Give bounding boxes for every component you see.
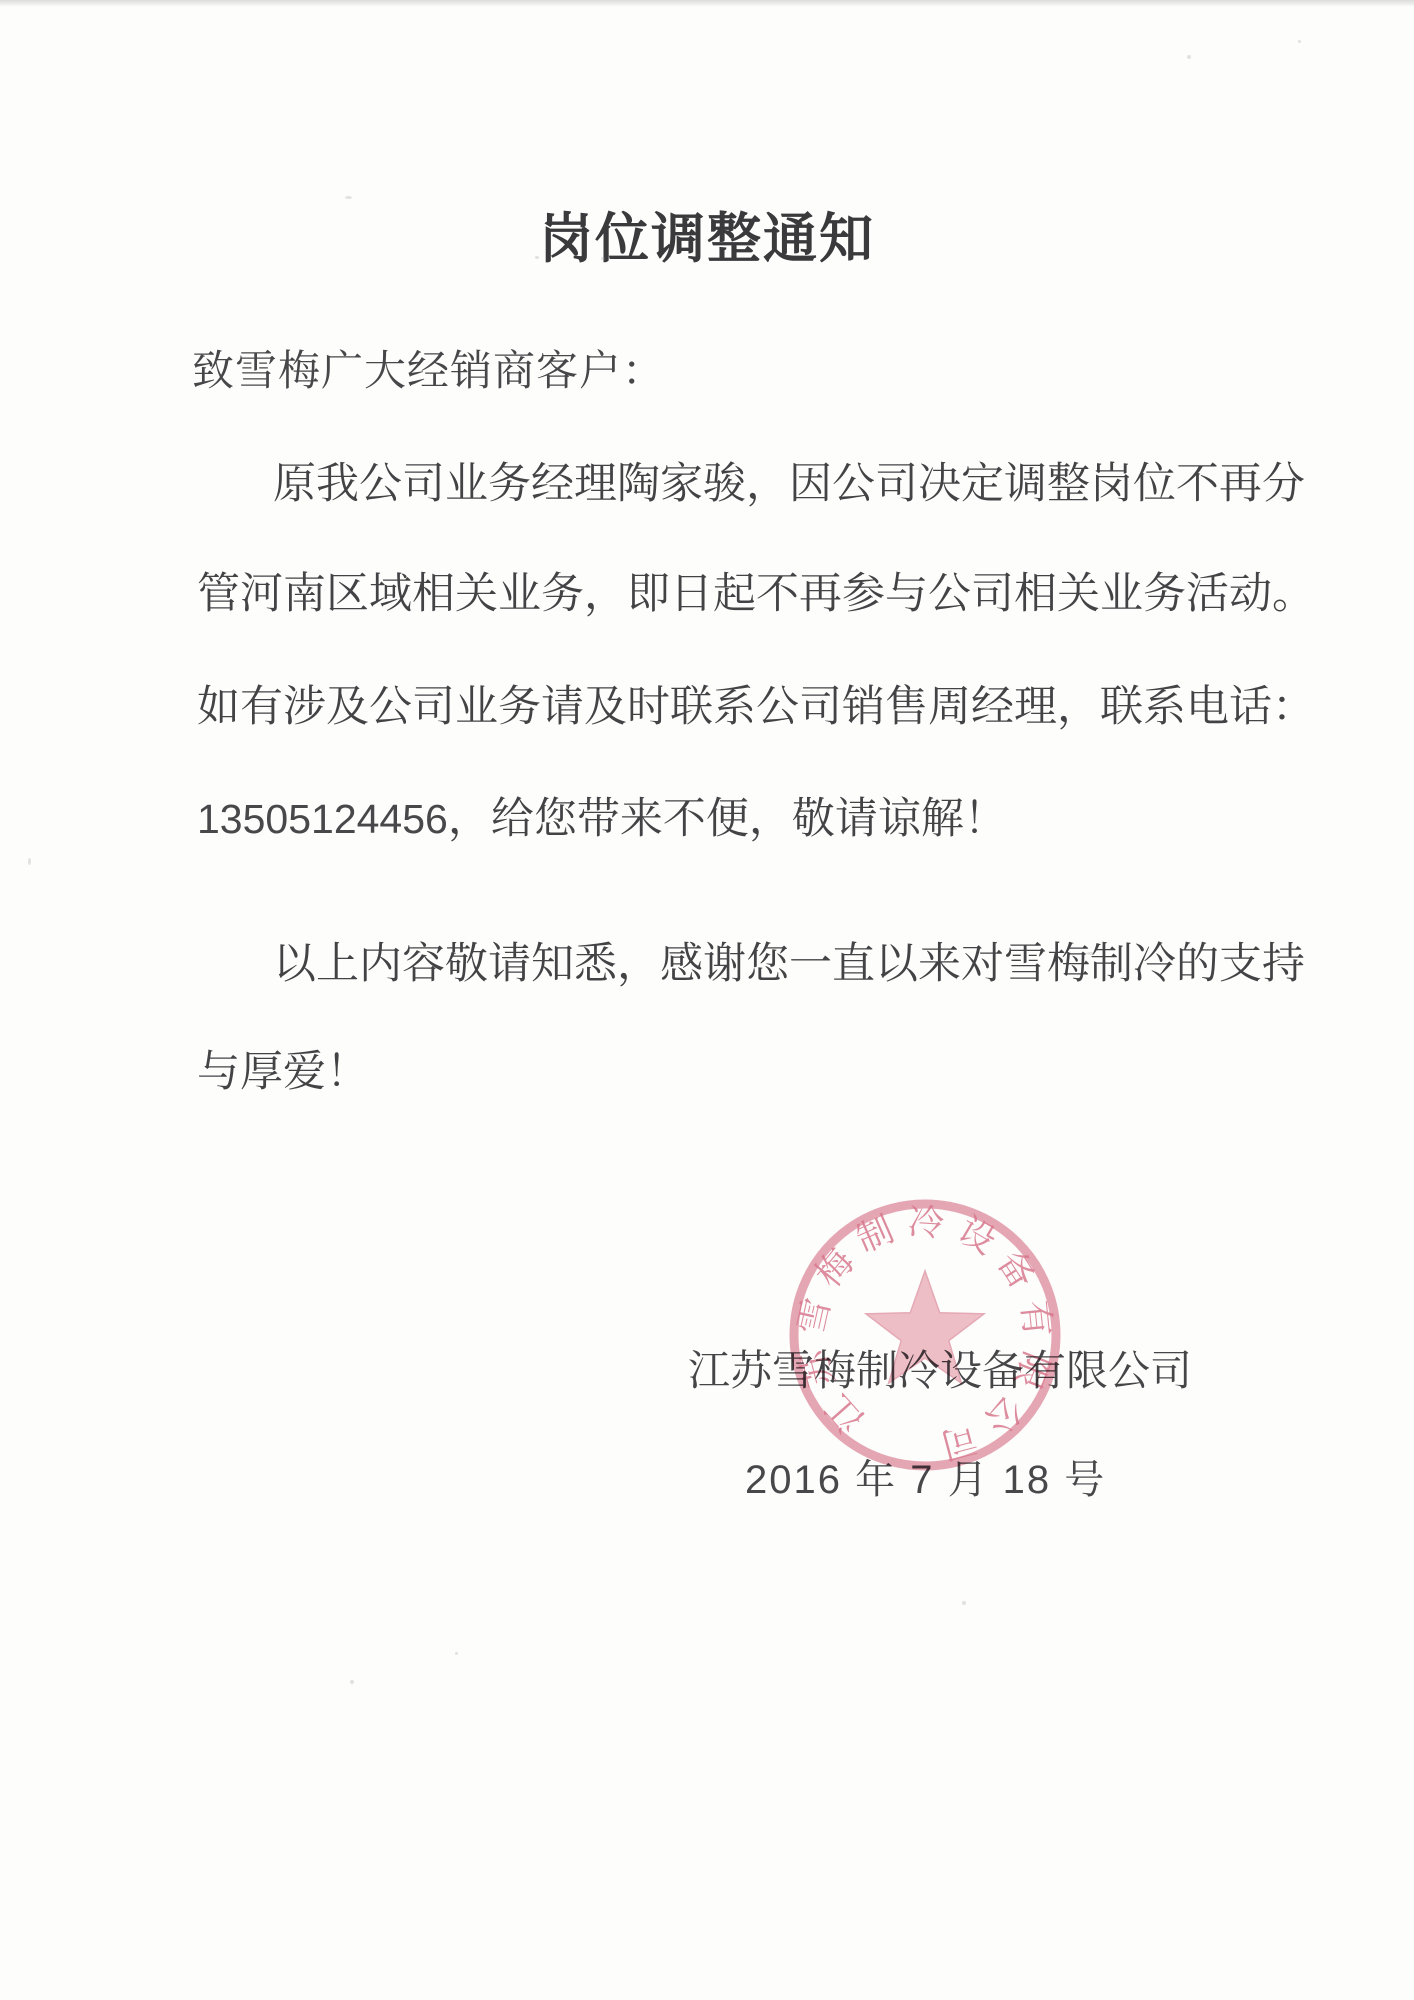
scan-edge-shadow [0,0,1414,7]
company-seal-stamp: 江苏雪梅制冷设备有限公司 [775,1185,1075,1485]
scanned-notice-page: 岗位调整通知 致雪梅广大经销商客户： 原我公司业务经理陶家骏，因公司决定调整岗位… [0,0,1414,2000]
scan-speckle [962,1601,966,1605]
scan-speckle [345,196,352,199]
scan-speckle [350,1680,354,1684]
page-title: 岗位调整通知 [0,196,1414,273]
paragraph1-line4-rest: ，给您带来不便，敬请谅解！ [448,796,1007,843]
star-icon [866,1271,984,1383]
scan-speckle [601,257,605,260]
paragraph1-line2: 管河南区域相关业务，即日起不再参与公司相关业务活动。 [197,560,1315,621]
scan-speckle [455,1652,458,1655]
scan-speckle [1187,55,1191,59]
paragraph2-line1: 以上内容敬请知悉，感谢您一直以来对雪梅制冷的支持 [197,930,1305,991]
scan-speckle [1086,952,1095,955]
paragraph1-line3: 如有涉及公司业务请及时联系公司销售周经理，联系电话： [197,673,1315,734]
seal-graphic: 江苏雪梅制冷设备有限公司 [775,1185,1075,1485]
scan-speckle [28,858,31,865]
paragraph2-line2: 与厚爱！ [197,1038,369,1099]
phone-number: 13505124456 [197,796,448,842]
scan-speckle [1298,40,1301,43]
salutation-line: 致雪梅广大经销商客户： [192,338,665,398]
scan-speckle [535,256,539,259]
paragraph1-line1: 原我公司业务经理陶家骏，因公司决定调整岗位不再分 [197,450,1305,511]
paragraph1-line4: 13505124456，给您带来不便，敬请谅解！ [197,785,1007,846]
